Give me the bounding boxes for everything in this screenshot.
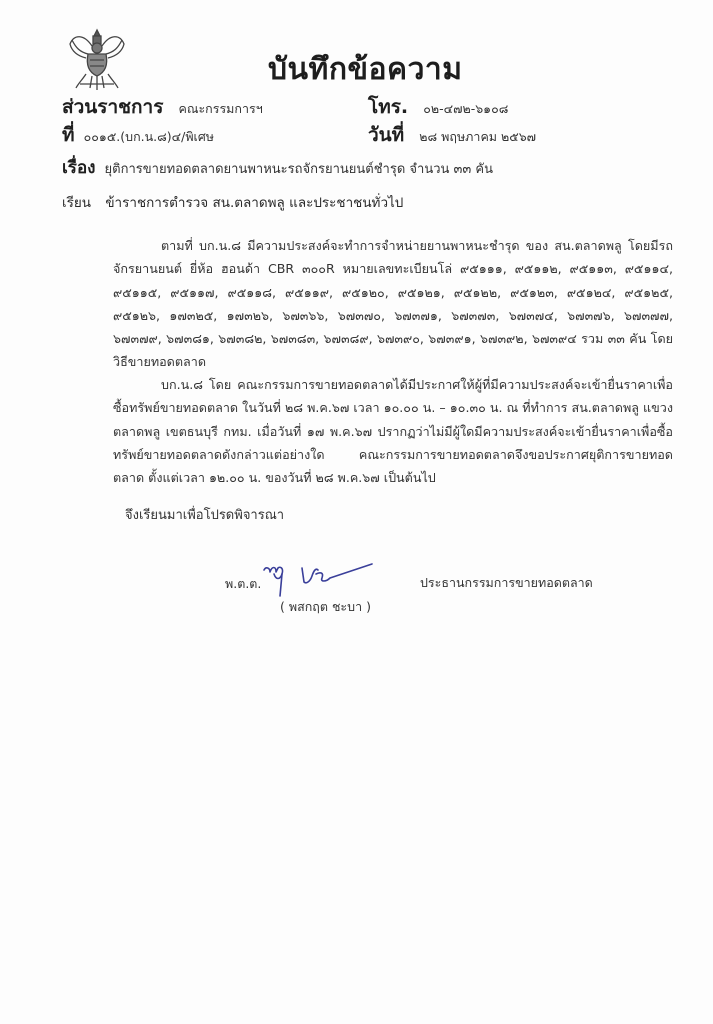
department-value: คณะกรรมการฯ [179, 101, 263, 116]
memo-page: บันทึกข้อความ ส่วนราชการ คณะกรรมการฯ โทร… [0, 0, 713, 1024]
addressee-label: เรียน [62, 195, 91, 211]
date-label: วันที่ [368, 124, 404, 146]
closing-text: จึงเรียนมาเพื่อโปรดพิจารณา [125, 504, 284, 525]
reference-line: ที่ ๐๐๑๕.(บก.น.๘)๔/พิเศษ [62, 120, 214, 150]
signer-position: ประธานกรรมการขายทอดตลาด [420, 573, 593, 593]
memo-title: บันทึกข้อความ [268, 46, 463, 93]
body-paragraph-2: บก.น.๘ โดย คณะกรรมการขายทอดตลาดได้มีประก… [113, 373, 673, 489]
signer-rank: พ.ต.ต. [225, 574, 261, 594]
addressee-value: ข้าราชการตำรวจ สน.ตลาดพลู และประชาชนทั่ว… [105, 195, 403, 211]
handwritten-signature [260, 560, 380, 600]
date-value: ๒๘ พฤษภาคม ๒๕๖๗ [419, 129, 536, 144]
phone-label: โทร. [368, 96, 408, 118]
phone-value: ๐๒-๔๗๒-๖๑๐๘ [423, 101, 508, 116]
department-line: ส่วนราชการ คณะกรรมการฯ [62, 92, 263, 122]
addressee-line: เรียน ข้าราชการตำรวจ สน.ตลาดพลู และประชา… [62, 191, 403, 213]
subject-line: เรื่อง ยุติการขายทอดตลาดยานพาหนะรถจักรยา… [62, 154, 493, 181]
paragraph-2-text: บก.น.๘ โดย คณะกรรมการขายทอดตลาดได้มีประก… [113, 373, 673, 489]
date-line: วันที่ ๒๘ พฤษภาคม ๒๕๖๗ [368, 120, 536, 150]
department-label: ส่วนราชการ [62, 96, 163, 118]
reference-value: ๐๐๑๕.(บก.น.๘)๔/พิเศษ [84, 129, 214, 144]
body-paragraph-1: ตามที่ บก.น.๘ มีความประสงค์จะทำการจำหน่า… [113, 234, 673, 374]
reference-label: ที่ [62, 124, 75, 146]
phone-line: โทร. ๐๒-๔๗๒-๖๑๐๘ [368, 92, 508, 122]
subject-value: ยุติการขายทอดตลาดยานพาหนะรถจักรยานยนต์ชำ… [105, 162, 493, 177]
signer-name: ( พสกฤต ชะบา ) [280, 597, 371, 617]
subject-label: เรื่อง [62, 158, 95, 178]
paragraph-1-text: ตามที่ บก.น.๘ มีความประสงค์จะทำการจำหน่า… [113, 234, 673, 374]
garuda-emblem-icon [66, 24, 128, 92]
